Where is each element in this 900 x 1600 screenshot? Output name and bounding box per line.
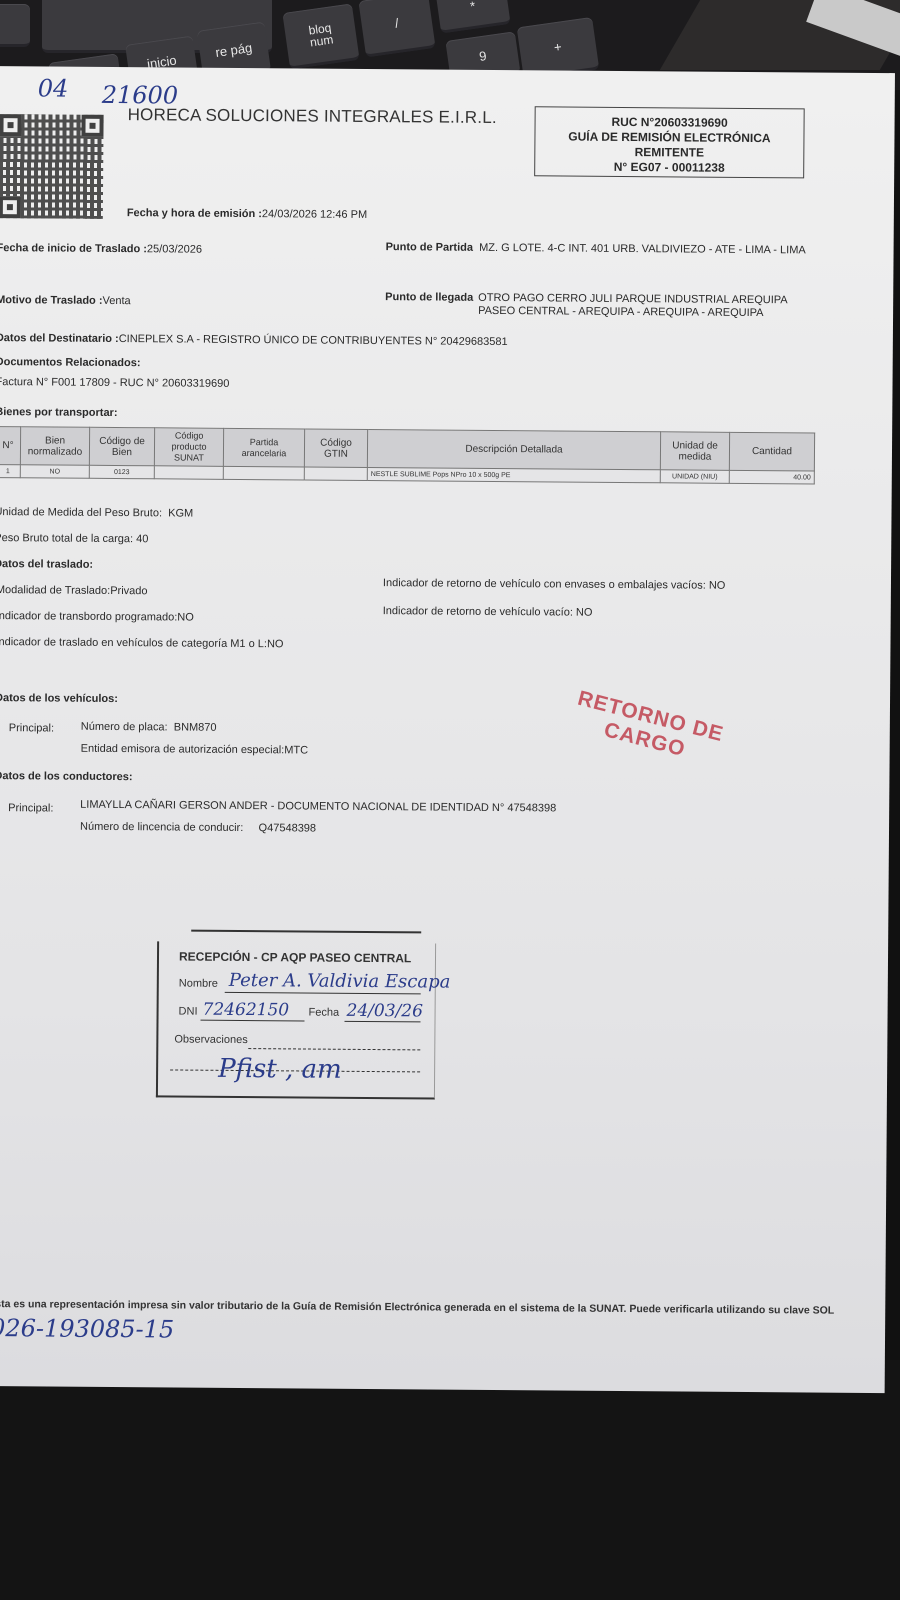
qr-finder [0,114,22,136]
driver-name: LIMAYLLA CAÑARI GERSON ANDER - DOCUMENTO… [80,799,556,815]
reception-name-value: Peter A. Valdivia Escapa [229,970,451,993]
reception-dni-label: DNI [179,1006,198,1018]
col-unit: Unidad de medida [660,432,729,471]
recipient-data: Datos del Destinatario :CINEPLEX S.A - R… [0,332,508,348]
reception-title: RECEPCIÓN - CP AQP PASEO CENTRAL [179,950,411,966]
keyboard-key-slash: / [358,0,435,58]
driver-license: Número de lincencia de conducir: Q475483… [80,821,316,835]
transfer-modality: Modalidad de Traslado:Privado [0,584,148,597]
col-normalized: Bien normalizado [20,427,89,466]
ruc-box: RUC N°20603319690 GUÍA DE REMISIÓN ELECT… [534,106,805,178]
return-packaging-indicator: Indicador de retorno de vehículo con env… [383,577,726,592]
vehicle-principal-label: Principal: [9,722,54,734]
reception-dni-value: 72462150 [203,1000,290,1021]
col-tariff: Partida arancelaria [223,428,304,467]
gross-weight: Peso Bruto total de la carga: 40 [0,532,148,545]
return-stamp: RETORNO DE CARGO [569,687,726,771]
reception-name-label: Nombre [179,978,218,990]
reception-date-label: Fecha [309,1007,340,1019]
destination-point: Punto de llegada [385,291,473,304]
document-page: 04 21600 HORECA SOLUCIONES INTEGRALES E.… [0,66,895,1393]
transfer-start-date: Fecha de inicio de Traslado :25/03/2026 [0,242,202,256]
transfer-data-title: Datos del traslado: [0,558,93,571]
reception-date-value: 24/03/26 [347,1001,424,1022]
related-documents-title: Documentos Relacionados: [0,356,141,369]
related-document: Factura N° F001 17809 - RUC N° 206033196… [0,376,229,390]
m1-category-indicator: Indicador de traslado en vehículos de ca… [0,636,284,650]
drivers-title: Datos de los conductores: [0,770,133,783]
signature: Pfist , am [218,1054,342,1085]
qr-finder [0,196,21,218]
col-item-code: Código de Bien [89,427,154,466]
keyboard-key-asterisk: * [435,0,510,34]
transfer-reason: Motivo de Traslado :Venta [0,294,131,307]
reception-stamp: RECEPCIÓN - CP AQP PASEO CENTRAL Nombre … [156,941,436,1099]
reception-observations-label: Observaciones [174,1033,247,1046]
vehicles-title: Datos de los vehículos: [0,692,118,705]
goods-title: Bienes por transportar: [0,406,118,419]
vehicle-plate: Número de placa: BNM870 [81,721,217,734]
return-empty-indicator: Indicador de retorno de vehículo vacío: … [383,605,593,619]
col-sunat-code: Código producto SUNAT [154,428,223,467]
observations-line [248,1048,420,1050]
goods-table-header: N° Bien normalizado Código de Bien Códig… [0,427,815,471]
keyboard-key [0,4,30,47]
goods-table: N° Bien normalizado Código de Bien Códig… [0,426,815,484]
col-quantity: Cantidad [729,432,814,471]
qr-code [0,114,104,219]
driver-principal-label: Principal: [8,802,53,814]
col-number: N° [0,427,21,465]
handwritten-bottom-note: 026-193085-15 [0,1314,174,1343]
document-number: N° EG07 - 00011238 [535,159,803,176]
document-type: GUÍA DE REMISIÓN ELECTRÓNICA [535,129,803,146]
keyboard-key-bloq-num: bloq num [282,3,359,69]
weight-unit: Unidad de Medida del Peso Bruto: KGM [0,506,193,520]
desk-surface [0,1360,900,1600]
transshipment-indicator: Indicador de transbordo programado:NO [0,610,194,624]
destination-address: OTRO PAGO CERRO JULI PARQUE INDUSTRIAL A… [478,292,788,320]
legal-footer-note: Esta es una representación impresa sin v… [0,1298,834,1317]
col-gtin: Código GTIN [304,429,367,467]
qr-finder [81,115,103,137]
origin-point: Punto de Partida MZ. G LOTE. 4-C INT. 40… [386,241,806,256]
col-description: Descripción Detallada [367,429,660,469]
emission-date: Fecha y hora de emisión :24/03/2026 12:4… [127,207,367,221]
name-line [225,992,421,995]
company-name: HORECA SOLUCIONES INTEGRALES E.I.R.L. [128,105,497,128]
reception-rule [191,930,421,934]
vehicle-authority: Entidad emisora de autorización especial… [81,743,309,757]
handwritten-note-left: 04 [38,74,69,102]
